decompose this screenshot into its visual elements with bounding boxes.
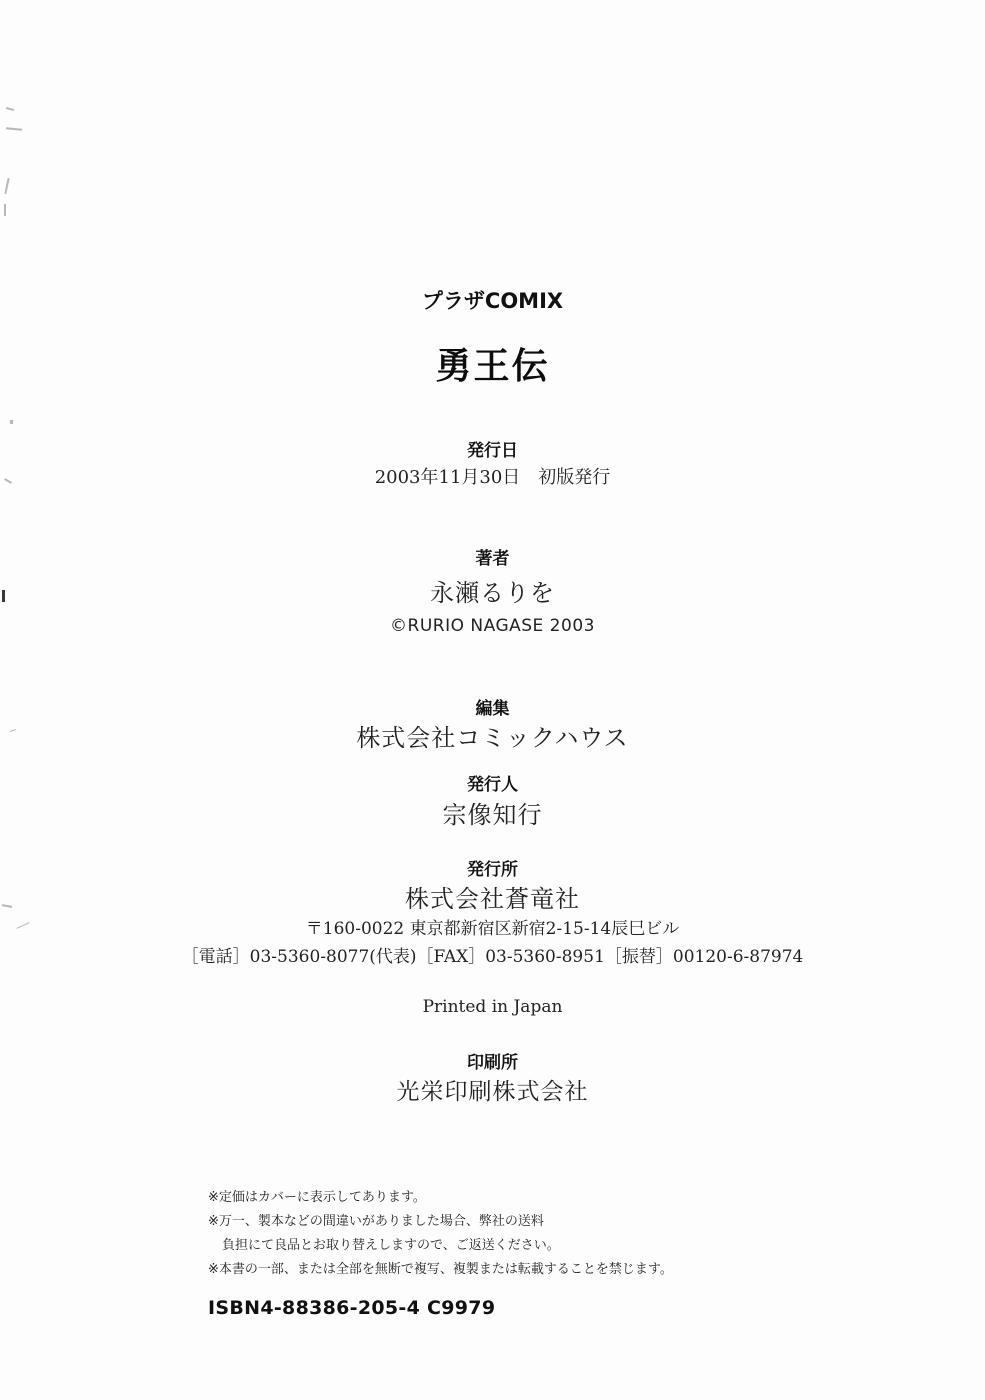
note-copyright: ※本書の一部、または全部を無断で複写、複製または転載することを禁じます。 [208, 1258, 673, 1282]
scan-artifact [4, 204, 6, 216]
printer-label: 印刷所 [0, 1048, 985, 1073]
printer-value: 光栄印刷株式会社 [0, 1073, 985, 1106]
legal-notes: ※定価はカバーに表示してあります。 ※万一、製本などの間違いがありました場合、弊… [208, 1186, 673, 1282]
scan-artifact [4, 178, 9, 194]
book-title: 勇王伝 [0, 338, 985, 389]
editor-value: 株式会社コミックハウス [0, 718, 985, 753]
editor-label: 編集 [0, 694, 985, 719]
scan-artifact [6, 107, 14, 111]
isbn: ISBN4-88386-205-4 C9979 [208, 1297, 495, 1319]
author-name: 永瀬るりを [0, 573, 985, 608]
publisher-contact: ［電話］03-5360-8077(代表)［FAX］03-5360-8951［振替… [0, 942, 985, 967]
publisher-name: 株式会社蒼竜社 [0, 879, 985, 914]
scan-artifact [10, 420, 13, 424]
note-price: ※定価はカバーに表示してあります。 [208, 1186, 673, 1210]
publication-date-label: 発行日 [0, 436, 985, 461]
publisher-address: 〒160-0022 東京都新宿区新宿2-15-14辰巳ビル [0, 914, 985, 939]
printed-in: Printed in Japan [0, 997, 985, 1017]
colophon-page: プラザCOMIX 勇王伝 発行日 2003年11月30日 初版発行 著者 永瀬る… [0, 0, 985, 1400]
publisher-person-label: 発行人 [0, 770, 985, 795]
note-defect-continued: 負担にて良品とお取り替えしますので、ご返送ください。 [208, 1234, 673, 1258]
publisher-label: 発行所 [0, 855, 985, 880]
scan-artifact [6, 127, 22, 130]
series-name: プラザCOMIX [0, 285, 985, 315]
publisher-person-value: 宗像知行 [0, 795, 985, 830]
author-label: 著者 [0, 544, 985, 569]
publication-date-value: 2003年11月30日 初版発行 [0, 463, 985, 489]
copyright-notice: ©RURIO NAGASE 2003 [0, 616, 985, 636]
note-defect: ※万一、製本などの間違いがありました場合、弊社の送料 [208, 1210, 673, 1234]
